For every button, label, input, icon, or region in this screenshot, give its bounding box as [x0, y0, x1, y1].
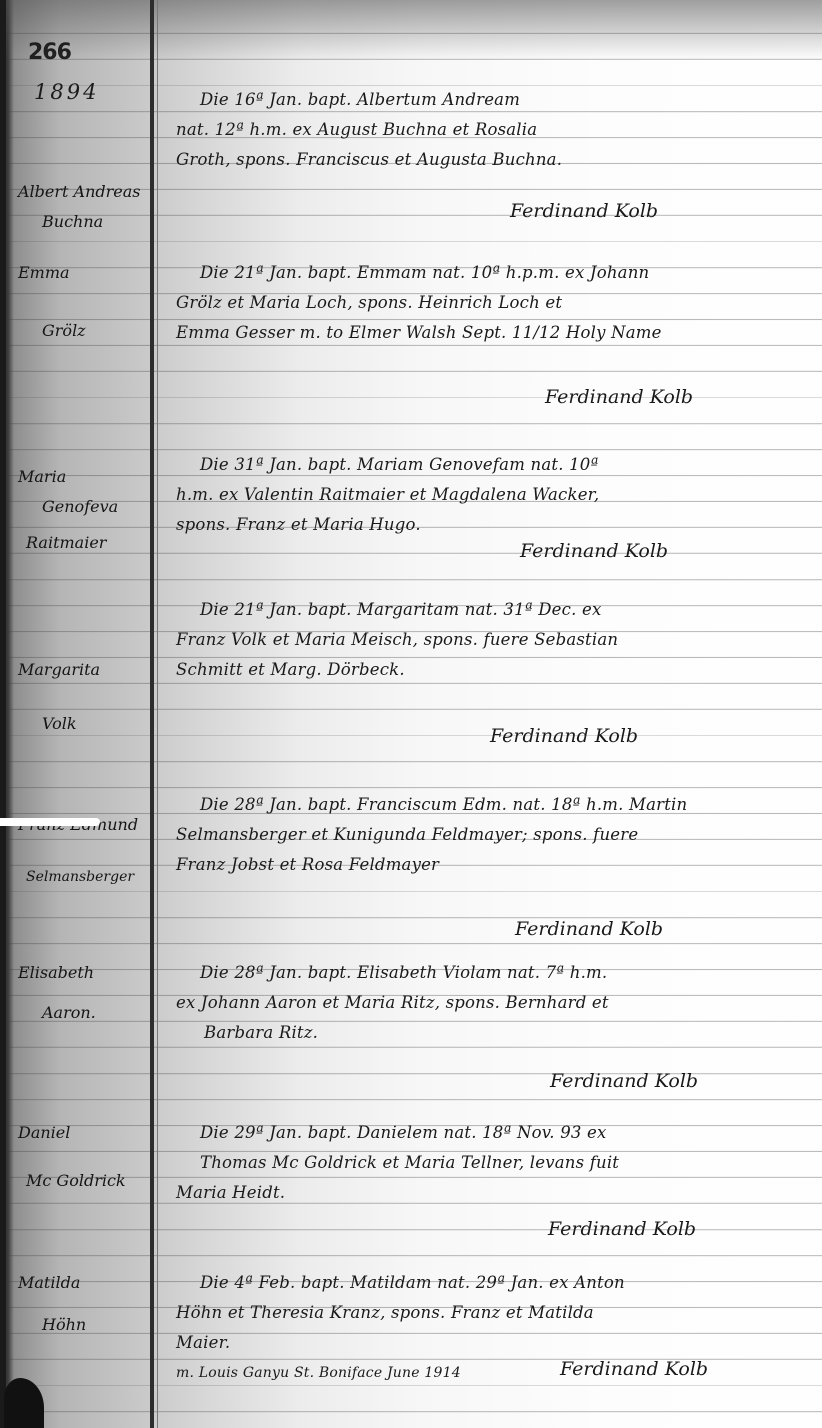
margin-name-line: Mc Goldrick [18, 1166, 150, 1196]
register-page: 266 1894 Albert Andreas Buchna Die 16ª J… [0, 0, 822, 1428]
margin-name: Daniel Mc Goldrick [18, 1118, 150, 1196]
margin-name-line: Höhn [18, 1310, 150, 1340]
entry-line: nat. 12ª h.m. ex August Buchna et Rosali… [176, 115, 812, 145]
entry-text: Die 16ª Jan. bapt. Albertum Andream nat.… [176, 85, 812, 175]
entry-line: spons. Franz et Maria Hugo. [176, 510, 812, 540]
margin-name-line: Grölz [18, 316, 150, 346]
margin-name-line: Daniel [18, 1123, 70, 1142]
margin-rule-line [150, 0, 154, 1428]
priest-signature: Ferdinand Kolb [520, 540, 668, 562]
entry-line: Die 21ª Jan. bapt. Emmam nat. 10ª h.p.m.… [176, 258, 812, 288]
margin-name-line: Albert Andreas [18, 182, 141, 201]
register-year: 1894 [34, 80, 99, 104]
entry-text: Die 29ª Jan. bapt. Danielem nat. 18ª Nov… [176, 1118, 812, 1208]
entry-line: Barbara Ritz. [176, 1018, 812, 1048]
margin-name-line: Margarita [18, 660, 100, 679]
priest-signature: Ferdinand Kolb [515, 918, 663, 940]
entry-line: Die 28ª Jan. bapt. Elisabeth Violam nat.… [176, 958, 812, 988]
entry-line: Selmansberger et Kunigunda Feldmayer; sp… [176, 820, 812, 850]
margin-name-line: Volk [18, 709, 150, 739]
margin-name: Maria Genofeva Raitmaier [18, 462, 150, 558]
paper-tear [0, 818, 100, 826]
folio-number: 266 [28, 40, 71, 65]
marriage-annotation: m. Louis Ganyu St. Boniface June 1914 [176, 1358, 812, 1388]
entry-line: Die 4ª Feb. bapt. Matildam nat. 29ª Jan.… [176, 1268, 812, 1298]
entry-line: Die 29ª Jan. bapt. Danielem nat. 18ª Nov… [176, 1118, 812, 1148]
priest-signature: Ferdinand Kolb [545, 386, 693, 408]
entry-line: Maier. [176, 1328, 812, 1358]
margin-name-line: Maria [18, 467, 66, 486]
entry-line: Die 16ª Jan. bapt. Albertum Andream [176, 85, 812, 115]
entry-line: h.m. ex Valentin Raitmaier et Magdalena … [176, 480, 812, 510]
entry-line: Höhn et Theresia Kranz, spons. Franz et … [176, 1298, 812, 1328]
margin-name: Albert Andreas Buchna [18, 177, 150, 237]
margin-rule-line-secondary [157, 0, 158, 1428]
entry-text: Die 28ª Jan. bapt. Franciscum Edm. nat. … [176, 790, 812, 880]
priest-signature: Ferdinand Kolb [550, 1070, 698, 1092]
margin-name: Margarita Volk [18, 655, 150, 739]
priest-signature: Ferdinand Kolb [548, 1218, 696, 1240]
ink-blot [4, 1378, 44, 1428]
entry-line: Emma Gesser m. to Elmer Walsh Sept. 11/1… [176, 318, 812, 348]
entry-line: Schmitt et Marg. Dörbeck. [176, 655, 812, 685]
margin-name-line: Elisabeth [18, 963, 94, 982]
priest-signature: Ferdinand Kolb [560, 1358, 708, 1380]
entry-line: ex Johann Aaron et Maria Ritz, spons. Be… [176, 988, 812, 1018]
margin-name-line: Raitmaier [18, 528, 150, 558]
entry-text: Die 21ª Jan. bapt. Margaritam nat. 31ª D… [176, 595, 812, 685]
entry-line: Groth, spons. Franciscus et Augusta Buch… [176, 145, 812, 175]
entry-text: Die 21ª Jan. bapt. Emmam nat. 10ª h.p.m.… [176, 258, 812, 348]
entry-line: Thomas Mc Goldrick et Maria Tellner, lev… [176, 1148, 812, 1178]
margin-name: Matilda Höhn [18, 1268, 150, 1340]
entry-line: Maria Heidt. [176, 1178, 812, 1208]
entry-line: Die 28ª Jan. bapt. Franciscum Edm. nat. … [176, 790, 812, 820]
margin-name-line: Buchna [18, 207, 150, 237]
margin-name-line: Selmansberger [18, 862, 150, 892]
entry-text: Die 31ª Jan. bapt. Mariam Genovefam nat.… [176, 450, 812, 540]
priest-signature: Ferdinand Kolb [490, 725, 638, 747]
entry-line: Franz Jobst et Rosa Feldmayer [176, 850, 812, 880]
entry-line: Die 21ª Jan. bapt. Margaritam nat. 31ª D… [176, 595, 812, 625]
entry-text: Die 4ª Feb. bapt. Matildam nat. 29ª Jan.… [176, 1268, 812, 1388]
margin-name-line: Matilda [18, 1273, 80, 1292]
binding-shadow [0, 0, 6, 1428]
margin-name: Emma Grölz [18, 258, 150, 346]
entry-text: Die 28ª Jan. bapt. Elisabeth Violam nat.… [176, 958, 812, 1048]
margin-name: Elisabeth Aaron. [18, 958, 150, 1028]
margin-name-line: Emma [18, 263, 70, 282]
priest-signature: Ferdinand Kolb [510, 200, 658, 222]
entry-line: Die 31ª Jan. bapt. Mariam Genovefam nat.… [176, 450, 812, 480]
entry-line: Grölz et Maria Loch, spons. Heinrich Loc… [176, 288, 812, 318]
margin-name-line: Aaron. [18, 998, 150, 1028]
entry-line: Franz Volk et Maria Meisch, spons. fuere… [176, 625, 812, 655]
margin-name-line: Genofeva [18, 492, 150, 522]
